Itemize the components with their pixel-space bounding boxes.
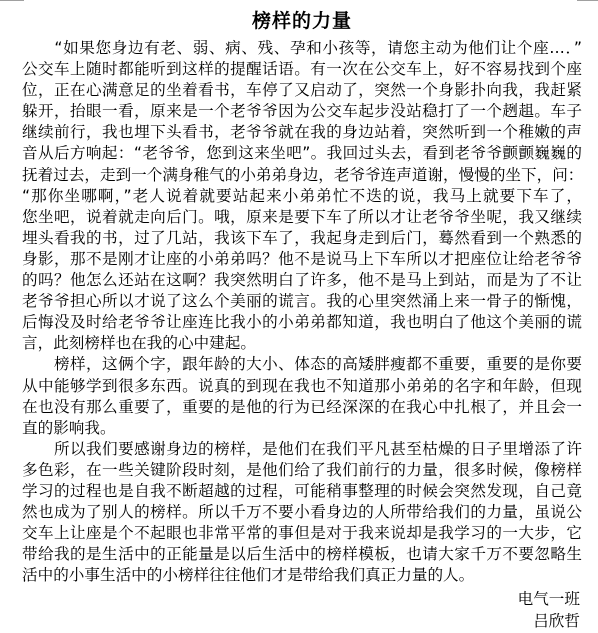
text-line: 所以我们要感谢身边的榜样，是他们在我们平凡甚至枯燥的日子里增添了许 xyxy=(22,439,582,460)
text-line: “那你坐哪啊，”老人说着就要站起来小弟弟忙不迭的说，我马上就要下车了， xyxy=(22,186,582,207)
text-line: 老爷爷担心所以才说了这么个美丽的谎言。我的心里突然涌上来一骨子的惭愧， xyxy=(22,291,582,312)
document-title: 榜样的力量 xyxy=(22,8,582,34)
paragraph-2: 榜样，这俩个字，跟年龄的大小、体态的高矮胖瘦都不重要，重要的是你要 从中能够学到… xyxy=(22,354,582,438)
text-line: 榜样，这俩个字，跟年龄的大小、体态的高矮胖瘦都不重要，重要的是你要 xyxy=(22,354,582,375)
text-line: 您坐吧，说着就走向后门。哦，原来是要下车了所以才让老爷爷坐呢，我又继续 xyxy=(22,207,582,228)
text-line: 带给我的是生活中的正能量是以后生活中的榜样模板，也请大家千万不要忽略生 xyxy=(22,544,582,565)
text-line: 后悔没及时给老爷爷让座连比我小的小弟弟都知道，我也明白了他这个美丽的谎 xyxy=(22,312,582,333)
text-line: 的吗？他怎么还站在这啊？我突然明白了许多，他不是马上到站，而是为了不让 xyxy=(22,270,582,291)
text-line: 继续前行，我也埋下头看书，老爷爷就在我的身边站着，突然听到一个稚嫩的声 xyxy=(22,122,582,143)
text-line: 抚着过去，走到一个满身稚气的小弟弟身边，老爷爷连声道谢，慢慢的坐下，问： xyxy=(22,165,582,186)
document-page: 榜样的力量 “如果您身边有老、弱、病、残、孕和小孩等，请您主动为他们让个座…．”… xyxy=(22,8,582,632)
text-line: 言，此刻榜样也在我的心中建起。 xyxy=(22,333,582,354)
text-line: 躲开，抬眼一看，原来是一个老爷爷因为公交车起步没站稳打了一个趔趄。车子 xyxy=(22,101,582,122)
signature-class: 电气一班 xyxy=(22,589,580,611)
paragraph-1: “如果您身边有老、弱、病、残、孕和小孩等，请您主动为他们让个座…．” 公交车上随… xyxy=(22,38,582,354)
text-line: 交车上让座是个不起眼也非常平常的事但是对于我来说却是我学习的一大步，它 xyxy=(22,523,582,544)
text-line: 多色彩，在一些关键阶段时刻，是他们给了我们前行的力量，很多时候，像榜样 xyxy=(22,460,582,481)
paragraph-3: 所以我们要感谢身边的榜样，是他们在我们平凡甚至枯燥的日子里增添了许 多色彩，在一… xyxy=(22,439,582,587)
signature-author: 吕欣哲 xyxy=(22,611,580,633)
page-corner-mark-left xyxy=(0,0,24,1)
page-corner-mark-right xyxy=(577,0,598,1)
text-line: 音从后方响起：“老爷爷，您到这来坐吧”。我回过头去，看到老爷爷颤颤巍巍的 xyxy=(22,143,582,164)
text-line: 在也没有那么重要了，重要的是他的行为已经深深的在我心中扎根了，并且会一 xyxy=(22,397,582,418)
text-line: 活中的小事生活中的小榜样往往他们才是带给我们真正力量的人。 xyxy=(22,565,582,586)
text-line: 从中能够学到很多东西。说真的到现在我也不知道那小弟弟的名字和年龄，但现 xyxy=(22,376,582,397)
text-line: 埋头看我的书，过了几站，我该下车了，我起身走到后门，蓦然看到一个熟悉的 xyxy=(22,228,582,249)
text-line: 直的影响我。 xyxy=(22,418,582,439)
text-line: “如果您身边有老、弱、病、残、孕和小孩等，请您主动为他们让个座…．” xyxy=(22,38,582,59)
text-line: 位，正在心满意足的坐着看书，车停了又启动了，突然一个身影扑向我，我赶紧 xyxy=(22,80,582,101)
text-line: 然也成为了别人的榜样。所以千万不要小看身边的人所带给我们的力量，虽说公 xyxy=(22,502,582,523)
text-line: 学习的过程也是自我不断超越的过程，可能稍事整理的时候会突然发现，自己竟 xyxy=(22,481,582,502)
text-line: 身影，那不是刚才让座的小弟弟吗？他不是说马上下车所以才把座位让给老爷爷 xyxy=(22,249,582,270)
text-line: 公交车上随时都能听到这样的提醒话语。有一次在公交车上，好不容易找到个座 xyxy=(22,59,582,80)
signature-block: 电气一班 吕欣哲 xyxy=(22,589,582,632)
